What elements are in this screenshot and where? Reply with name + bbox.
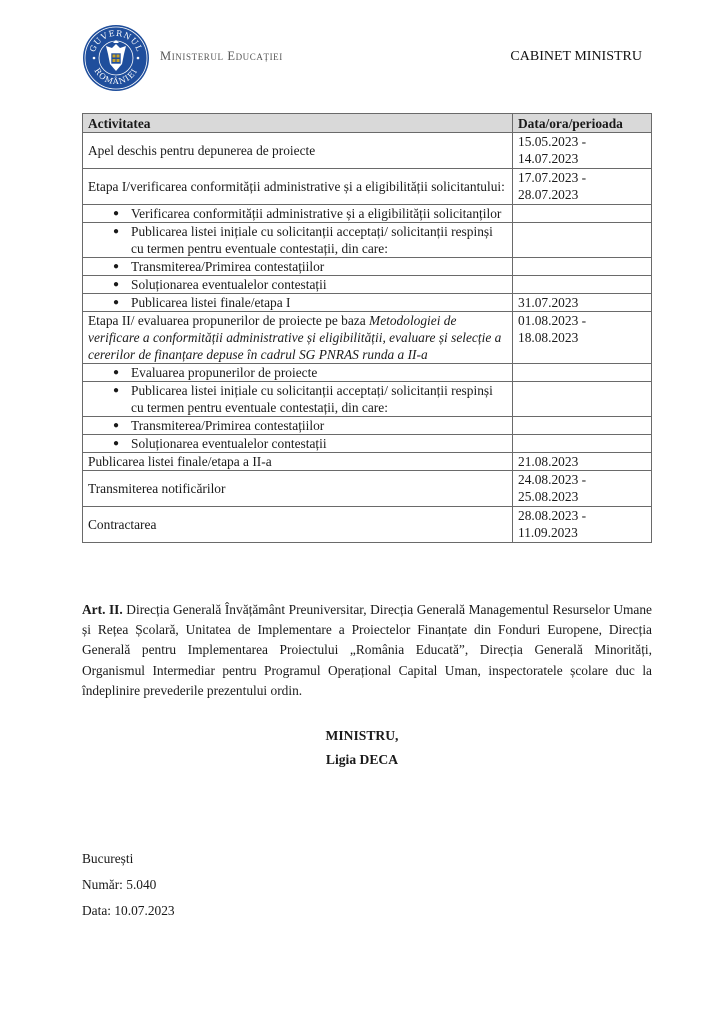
letterhead: GUVERNUL ROMÂNIEI Ministerul Educației C… bbox=[82, 24, 642, 94]
date-cell: 24.08.2023 - 25.08.2023 bbox=[513, 471, 652, 507]
table-row: ●Evaluarea propunerilor de proiecte bbox=[83, 364, 652, 382]
table-row: Apel deschis pentru depunerea de proiect… bbox=[83, 133, 652, 169]
table-row: ●Soluționarea eventualelor contestații bbox=[83, 276, 652, 294]
table-row: ●Publicarea listei inițiale cu solicitan… bbox=[83, 223, 652, 258]
activity-text: Soluționarea eventualelor contestații bbox=[111, 435, 507, 452]
date-cell: 01.08.2023 - 18.08.2023 bbox=[513, 312, 652, 364]
activity-cell: Contractarea bbox=[83, 507, 513, 543]
document-page: GUVERNUL ROMÂNIEI Ministerul Educației C… bbox=[0, 0, 724, 1024]
activity-subitem-cell: ●Verificarea conformității administrativ… bbox=[83, 205, 513, 223]
footer-number: Număr: 5.040 bbox=[82, 877, 156, 893]
activity-subitem-cell: ●Transmiterea/Primirea contestațiilor bbox=[83, 258, 513, 276]
activity-cell: Etapa I/verificarea conformității admini… bbox=[83, 169, 513, 205]
activity-subitem-cell: ●Publicarea listei inițiale cu solicitan… bbox=[83, 223, 513, 258]
table-row: ●Soluționarea eventualelor contestații bbox=[83, 435, 652, 453]
date-cell bbox=[513, 382, 652, 417]
activity-cell: Etapa II/ evaluarea propunerilor de proi… bbox=[83, 312, 513, 364]
activity-text: Transmiterea/Primirea contestațiilor bbox=[111, 258, 507, 275]
activity-text: Etapa II/ evaluarea propunerilor de proi… bbox=[88, 313, 369, 328]
activity-schedule-table: Activitatea Data/ora/perioada Apel desch… bbox=[82, 113, 652, 543]
date-cell: 31.07.2023 bbox=[513, 294, 652, 312]
date-cell bbox=[513, 435, 652, 453]
date-cell: 15.05.2023 - 14.07.2023 bbox=[513, 133, 652, 169]
date-cell bbox=[513, 276, 652, 294]
footer-date: Data: 10.07.2023 bbox=[82, 903, 175, 919]
bullet-icon: ● bbox=[113, 294, 119, 311]
article-text: Direcția Generală Învățământ Preuniversi… bbox=[82, 602, 652, 698]
activity-subitem-cell: ●Publicarea listei finale/etapa I bbox=[83, 294, 513, 312]
activity-text: Evaluarea propunerilor de proiecte bbox=[111, 364, 507, 381]
date-cell bbox=[513, 364, 652, 382]
activity-subitem-cell: ●Soluționarea eventualelor contestații bbox=[83, 276, 513, 294]
bullet-icon: ● bbox=[113, 258, 119, 275]
activity-subitem-cell: ●Publicarea listei inițiale cu solicitan… bbox=[83, 382, 513, 417]
activity-cell: Apel deschis pentru depunerea de proiect… bbox=[83, 133, 513, 169]
signature-title: MINISTRU, bbox=[0, 728, 724, 744]
table-row: Etapa I/verificarea conformității admini… bbox=[83, 169, 652, 205]
table-row: ●Transmiterea/Primirea contestațiilor bbox=[83, 258, 652, 276]
table-row: Publicarea listei finale/etapa a II-a21.… bbox=[83, 453, 652, 471]
bullet-icon: ● bbox=[113, 417, 119, 434]
activity-cell: Transmiterea notificărilor bbox=[83, 471, 513, 507]
activity-subitem-cell: ●Transmiterea/Primirea contestațiilor bbox=[83, 417, 513, 435]
activity-subitem-cell: ●Soluționarea eventualelor contestații bbox=[83, 435, 513, 453]
date-cell: 28.08.2023 - 11.09.2023 bbox=[513, 507, 652, 543]
ministry-name: Ministerul Educației bbox=[160, 49, 283, 64]
activity-text: Verificarea conformității administrative… bbox=[111, 205, 507, 222]
table-row: ●Publicarea listei finale/etapa I31.07.2… bbox=[83, 294, 652, 312]
table-header-row: Activitatea Data/ora/perioada bbox=[83, 114, 652, 133]
activity-subitem-cell: ●Evaluarea propunerilor de proiecte bbox=[83, 364, 513, 382]
column-header-date: Data/ora/perioada bbox=[513, 114, 652, 133]
cabinet-label: CABINET MINISTRU bbox=[510, 49, 642, 65]
activity-text: Publicarea listei inițiale cu solicitanț… bbox=[111, 382, 507, 416]
activity-text: Publicarea listei inițiale cu solicitanț… bbox=[111, 223, 507, 257]
activity-text: Publicarea listei finale/etapa I bbox=[111, 294, 507, 311]
bullet-icon: ● bbox=[113, 205, 119, 222]
date-cell: 17.07.2023 - 28.07.2023 bbox=[513, 169, 652, 205]
bullet-icon: ● bbox=[113, 364, 119, 381]
column-header-activity: Activitatea bbox=[83, 114, 513, 133]
table-body: Apel deschis pentru depunerea de proiect… bbox=[83, 133, 652, 543]
government-seal-logo: GUVERNUL ROMÂNIEI bbox=[82, 24, 150, 92]
table-row: Etapa II/ evaluarea propunerilor de proi… bbox=[83, 312, 652, 364]
table-row: Transmiterea notificărilor24.08.2023 - 2… bbox=[83, 471, 652, 507]
date-cell bbox=[513, 205, 652, 223]
date-cell bbox=[513, 258, 652, 276]
table-row: ●Publicarea listei inițiale cu solicitan… bbox=[83, 382, 652, 417]
table-row: ●Transmiterea/Primirea contestațiilor bbox=[83, 417, 652, 435]
footer-city: București bbox=[82, 851, 133, 867]
bullet-icon: ● bbox=[113, 382, 119, 399]
article-ii: Art. II. Direcția Generală Învățământ Pr… bbox=[82, 600, 652, 701]
bullet-icon: ● bbox=[113, 435, 119, 452]
date-cell bbox=[513, 417, 652, 435]
article-label: Art. II. bbox=[82, 602, 123, 617]
activity-text: Transmiterea/Primirea contestațiilor bbox=[111, 417, 507, 434]
date-cell bbox=[513, 223, 652, 258]
date-cell: 21.08.2023 bbox=[513, 453, 652, 471]
bullet-icon: ● bbox=[113, 276, 119, 293]
table-row: Contractarea28.08.2023 - 11.09.2023 bbox=[83, 507, 652, 543]
bullet-icon: ● bbox=[113, 223, 119, 240]
activity-cell: Publicarea listei finale/etapa a II-a bbox=[83, 453, 513, 471]
activity-text: Soluționarea eventualelor contestații bbox=[111, 276, 507, 293]
signature-name: Ligia DECA bbox=[0, 752, 724, 768]
table-row: ●Verificarea conformității administrativ… bbox=[83, 205, 652, 223]
